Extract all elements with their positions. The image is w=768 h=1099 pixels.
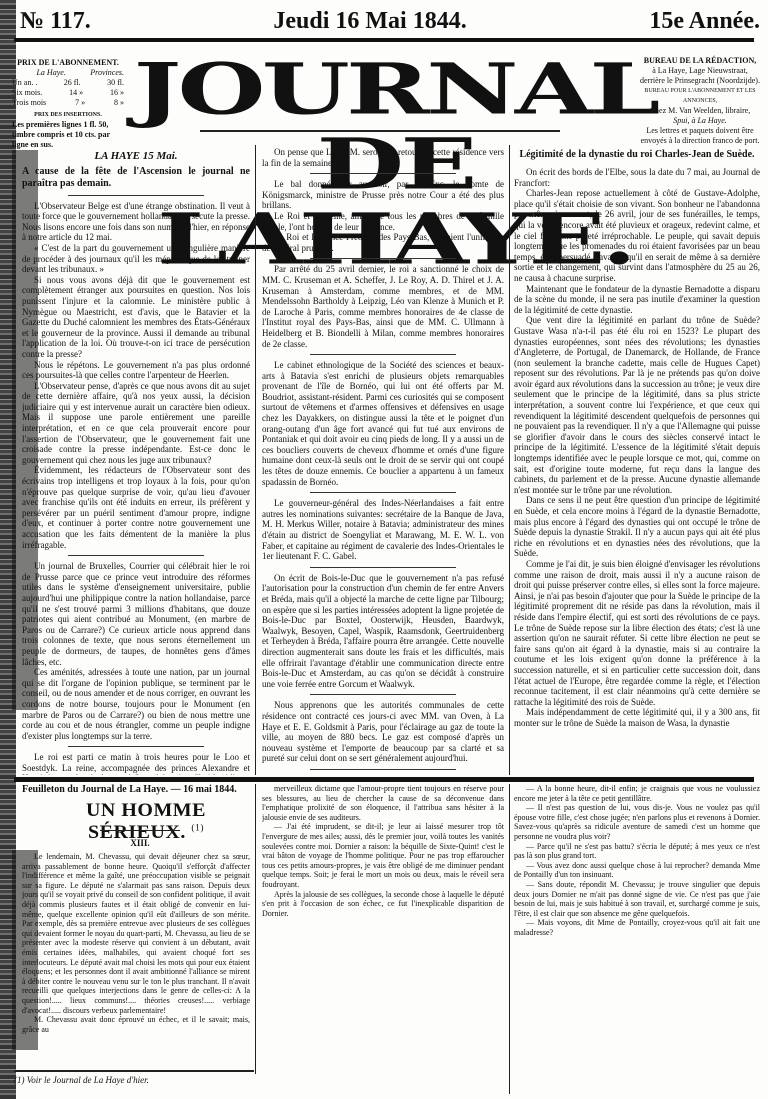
- feuilleton-rule: [14, 777, 754, 782]
- paragraph: Évidemment, les rédacteurs de l'Observat…: [22, 465, 250, 550]
- paragraph: — Mais voyons, dit Mme de Pontailly, cro…: [514, 918, 760, 937]
- issue-line: № 117. Jeudi 16 Mai 1844. 15e Année.: [20, 6, 760, 36]
- feuilleton-heading: Feuilleton du Journal de La Haye. — 16 m…: [22, 784, 250, 795]
- paragraph: Le cabinet ethnologique de la Société de…: [262, 360, 504, 487]
- issue-year: 15e Année.: [649, 8, 760, 35]
- footnote: (1) Voir le Journal de La Haye d'hier.: [14, 1075, 149, 1085]
- paragraph: Le lendemain, M. Chevassu, qui devait dé…: [22, 852, 250, 1015]
- dateline: LA HAYE 15 Mai.: [22, 151, 250, 162]
- paragraph: Le gouverneur-général des Indes-Néerland…: [262, 498, 504, 562]
- paragraph: M. Chevassu avait donc éprouvé un échec,…: [22, 1015, 250, 1034]
- paragraph: Que vent dire la légitimité en parlant d…: [514, 315, 760, 495]
- feuilleton-column-1: Le lendemain, M. Chevassu, qui devait dé…: [22, 852, 250, 1068]
- paragraph: On pense que LL. MM. seront de retour en…: [262, 147, 504, 168]
- article-title: Légitimité de la dynastie du roi Charles…: [514, 149, 760, 161]
- paragraph: — Vous avez donc aussi quelque chose à l…: [514, 861, 760, 880]
- paragraph: Maintenant que le fondateur de la dynast…: [514, 284, 760, 316]
- newspaper-title: JOURNAL DE LAHAYE.: [82, 52, 708, 147]
- paragraph: Si nous vous avons déjà dit que le gouve…: [22, 275, 250, 360]
- paragraph: Charles-Jean repose actuellement à côté …: [514, 188, 760, 283]
- chapter-number: XIII.: [110, 838, 170, 848]
- paragraph: Nous le répétons. Le gouvernement n'a pa…: [22, 360, 250, 381]
- paragraph: Le Roi et la Reine, ainsi que tous les m…: [262, 211, 504, 232]
- masthead-rule: [14, 38, 754, 42]
- newspaper-page: № 117. Jeudi 16 Mai 1844. 15e Année. PRI…: [0, 0, 768, 1099]
- column-divider: [509, 784, 510, 1094]
- issue-number: № 117.: [20, 8, 91, 35]
- paragraph: L'Observateur pense, d'après ce que nous…: [22, 381, 250, 466]
- paragraph: — Il n'est pas question de lui, vous dis…: [514, 803, 760, 841]
- paragraph: Le roi est parti ce matin à trois heures…: [22, 752, 250, 775]
- paragraph: — A la bonne heure, dit-il enfin; je cra…: [514, 784, 760, 803]
- paragraph: Mais indépendamment de cette légitimité …: [514, 707, 760, 728]
- paragraph: Comme je l'ai dit, je suis bien éloigné …: [514, 559, 760, 707]
- ornament-rule: [100, 830, 180, 831]
- column-divider: [255, 145, 256, 775]
- column-divider: [509, 145, 510, 775]
- paragraph: On écrit de Bois-le-Duc que le gouvernem…: [262, 573, 504, 690]
- paragraph: Le bal donné hier au soir, par S. Exc. l…: [262, 179, 504, 211]
- column-1: LA HAYE 15 Mai. A cause de la fête de l'…: [22, 145, 250, 775]
- paragraph: — Parce qu'il ne s'est pas battu? s'écri…: [514, 842, 760, 861]
- paragraph: On écrit des bords de l'Elbe, sous la da…: [514, 167, 760, 188]
- issue-date: Jeudi 16 Mai 1844.: [273, 8, 466, 35]
- paragraph: Par arrêté du 25 avril dernier, le roi a…: [262, 264, 504, 349]
- paragraph: — J'ai été imprudent, se dit-il; je leur…: [262, 822, 504, 889]
- column-2: On pense que LL. MM. seront de retour en…: [262, 147, 504, 775]
- bureau-box: BUREAU DE LA RÉDACTION, à La Haye, Lage …: [636, 56, 764, 146]
- feuilleton-column-2: merveilleux dictame que l'amour-propre t…: [262, 784, 504, 1094]
- column-divider: [255, 784, 256, 1074]
- ornament-rule: [200, 130, 560, 132]
- paragraph: — Sans doute, répondit M. Chevassu; je t…: [514, 880, 760, 918]
- paragraph: Nous apprenons que les autorités communa…: [262, 700, 504, 764]
- paragraph: L'Observateur Belge est d'une étrange ob…: [22, 201, 250, 243]
- paragraph: Un journal de Bruxelles, Courrier qui cé…: [22, 561, 250, 667]
- announcement: A cause de la fête de l'Ascension le jou…: [22, 166, 250, 190]
- paragraph: merveilleux dictame que l'amour-propre t…: [262, 784, 504, 822]
- paragraph: Le Roi et le prince Frédéric des Pays-Ba…: [262, 232, 504, 253]
- ink-smudge: [12, 150, 38, 710]
- feuilleton-column-3: — A la bonne heure, dit-il enfin; je cra…: [514, 784, 760, 1094]
- paragraph: Dans ce sens il ne peut être question d'…: [514, 495, 760, 559]
- paragraph: « C'est de la part du gouvernement une s…: [22, 243, 250, 275]
- footnote-rule: [14, 1070, 254, 1072]
- ink-smudge: [12, 850, 38, 1050]
- column-3: Légitimité de la dynastie du roi Charles…: [514, 147, 760, 775]
- paragraph: Après la jalousie de ses collègues, la s…: [262, 890, 504, 919]
- paragraph: Ces aménités, adressées à toute une nati…: [22, 667, 250, 741]
